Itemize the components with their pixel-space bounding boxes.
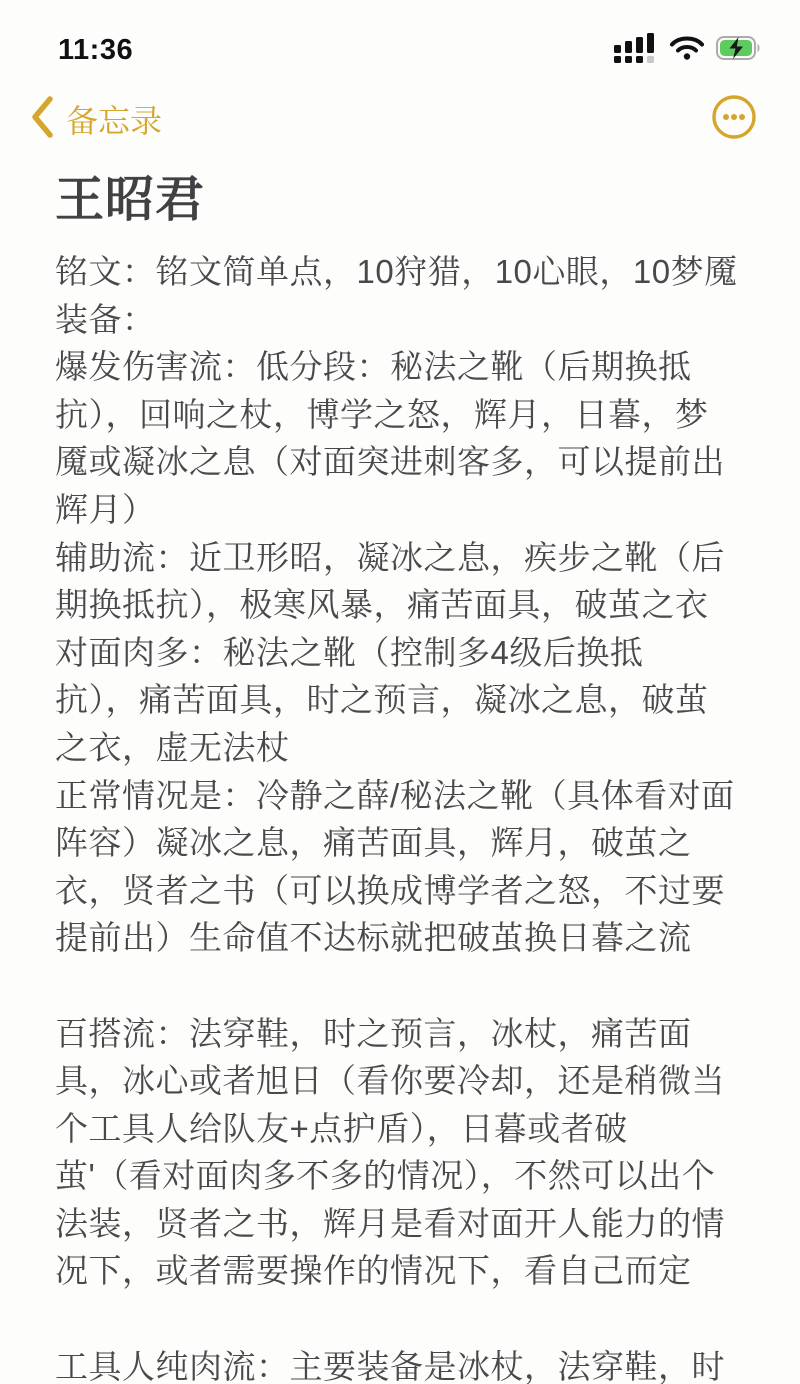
- note-line: 铭文：铭文简单点，10狩猎，10心眼，10梦魇: [55, 248, 748, 296]
- note-title[interactable]: 王昭君: [55, 170, 748, 230]
- note-line: 之衣，虚无法杖: [55, 724, 748, 772]
- note-line: 装备：: [55, 296, 748, 344]
- note-line: 爆发伤害流：低分段：秘法之靴（后期换抵: [55, 343, 748, 391]
- note-line: 法装，贤者之书，辉月是看对面开人能力的情: [55, 1200, 748, 1248]
- chevron-left-icon: [30, 95, 54, 144]
- note-line: 辉月）: [55, 486, 748, 534]
- status-bar: 11:36: [0, 0, 800, 74]
- nav-bar: 备忘录: [0, 88, 800, 150]
- note-line: 抗），回响之杖，博学之怒，辉月，日暮，梦: [55, 391, 748, 439]
- more-options-button[interactable]: [710, 93, 758, 146]
- note-line: 工具人纯肉流：主要装备是冰杖，法穿鞋，时: [55, 1343, 748, 1384]
- back-button-label: 备忘录: [66, 96, 162, 142]
- note-content: 王昭君 铭文：铭文简单点，10狩猎，10心眼，10梦魇装备：爆发伤害流：低分段：…: [0, 150, 800, 1384]
- note-line: 辅助流：近卫形昭，凝冰之息，疾步之靴（后: [55, 534, 748, 582]
- status-icons: [614, 33, 762, 68]
- notes-app-screen: 11:36: [0, 0, 800, 1384]
- note-line: 茧'（看对面肉多不多的情况），不然可以出个: [55, 1152, 748, 1200]
- note-line: 具，冰心或者旭日（看你要冷却，还是稍微当: [55, 1057, 748, 1105]
- note-line: 百搭流：法穿鞋，时之预言，冰杖，痛苦面: [55, 1010, 748, 1058]
- note-line: 提前出）生命值不达标就把破茧换日暮之流: [55, 914, 748, 962]
- note-line: 个工具人给队友+点护盾），日暮或者破: [55, 1105, 748, 1153]
- note-line: 况下，或者需要操作的情况下，看自己而定: [55, 1247, 748, 1295]
- note-line: 衣，贤者之书（可以换成博学者之怒，不过要: [55, 867, 748, 915]
- note-line: 对面肉多：秘法之靴（控制多4级后换抵: [55, 629, 748, 677]
- note-body[interactable]: 铭文：铭文简单点，10狩猎，10心眼，10梦魇装备：爆发伤害流：低分段：秘法之靴…: [55, 248, 748, 1384]
- note-line: 期换抵抗），极寒风暴，痛苦面具，破茧之衣: [55, 581, 748, 629]
- note-line: 抗），痛苦面具，时之预言，凝冰之息，破茧: [55, 676, 748, 724]
- wifi-icon: [670, 35, 704, 65]
- note-line: 魇或凝冰之息（对面突进刺客多，可以提前出: [55, 438, 748, 486]
- back-button[interactable]: 备忘录: [30, 95, 162, 144]
- note-line: [55, 962, 748, 1010]
- battery-charging-icon: [716, 36, 762, 65]
- cellular-signal-icon: [614, 33, 658, 68]
- ellipsis-circle-icon: [710, 93, 758, 146]
- note-line: [55, 1295, 748, 1343]
- status-time: 11:36: [58, 34, 133, 67]
- note-line: 阵容）凝冰之息，痛苦面具，辉月，破茧之: [55, 819, 748, 867]
- note-line: 正常情况是：冷静之薛/秘法之靴（具体看对面: [55, 772, 748, 820]
